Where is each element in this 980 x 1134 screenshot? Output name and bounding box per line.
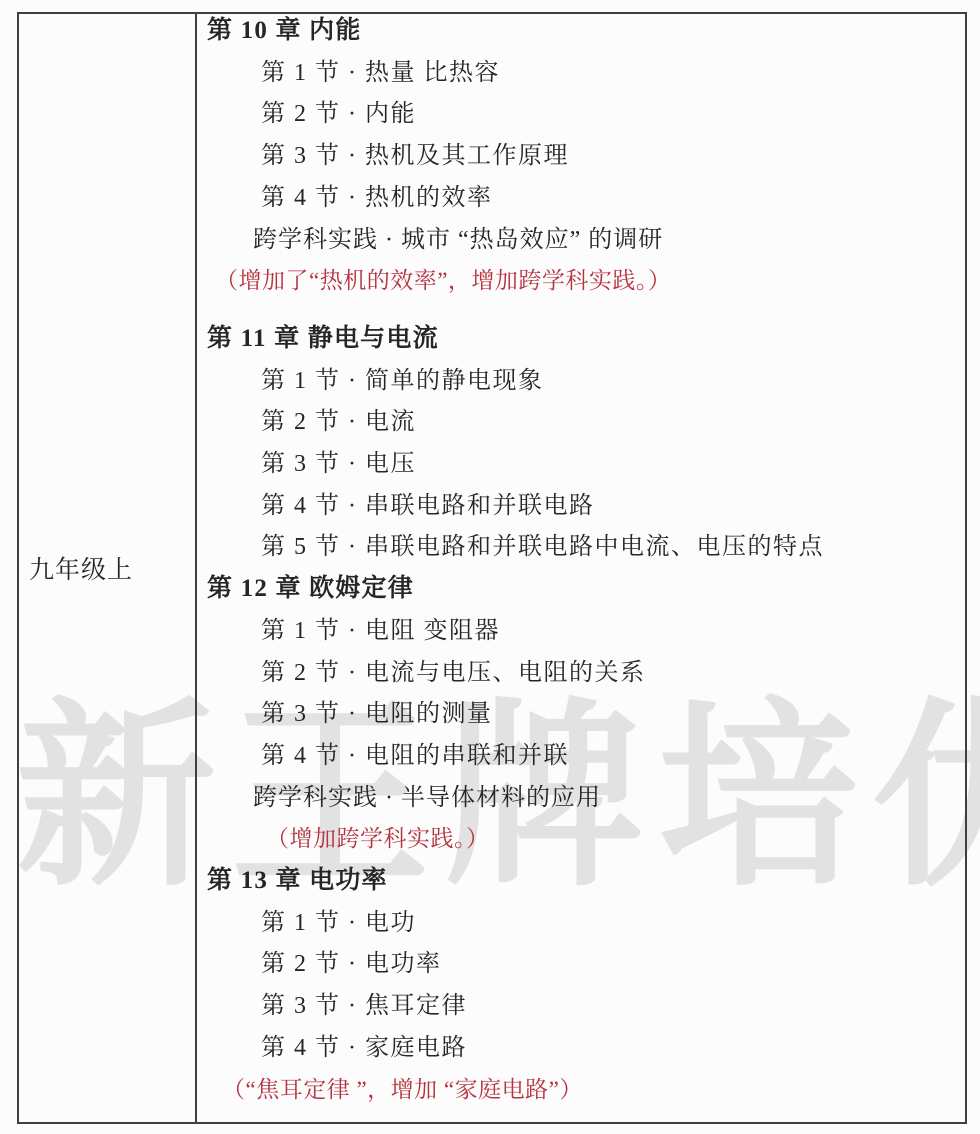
column-divider: [195, 14, 197, 1122]
grade-row-label: 九年级上: [29, 550, 133, 586]
toc-table: 九年级上: [17, 12, 967, 1124]
page: 新王牌培优 九年级上 第 10 章 内能第 1 节 · 热量 比热容第 2 节 …: [0, 0, 980, 1134]
